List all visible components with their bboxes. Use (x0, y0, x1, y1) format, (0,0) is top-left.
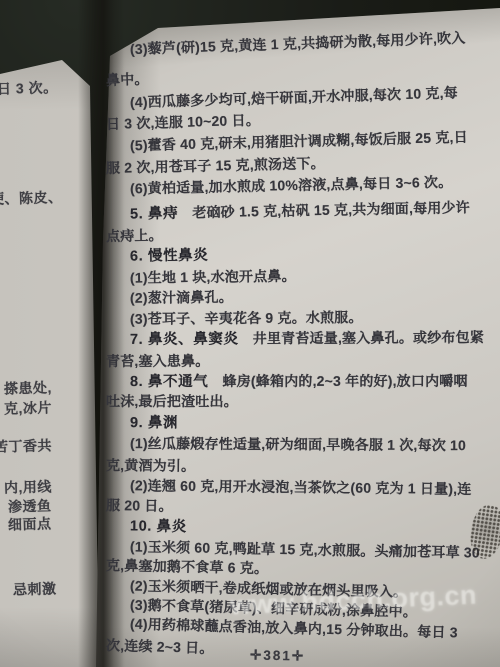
body-text: (2)葱汁滴鼻孔。 (130, 289, 233, 306)
left-page-text-fragment: 克,冰片 (4, 397, 52, 418)
body-text: 克,黄酒为引。 (106, 457, 195, 474)
heading-text: 9. 鼻渊 (130, 415, 178, 431)
left-page-text-fragment: 梗、陈皮、 (0, 187, 62, 209)
body-text: (3)苍耳子、辛夷花各 9 克。水煎服。 (130, 309, 363, 327)
body-text: 点痔上。 (106, 227, 163, 244)
left-page-text-fragment: 日 3 次。 (0, 77, 58, 99)
body-text: 克,鼻塞加鹅不食草 6 克。 (106, 557, 269, 576)
text-line: 10. 鼻炎 (106, 517, 187, 536)
text-line: (2)葱汁滴鼻孔。 (106, 289, 233, 307)
text-line: (3)苍耳子、辛夷花各 9 克。水煎服。 (106, 309, 363, 328)
heading-text: 5. 鼻痔 (130, 206, 178, 223)
text-line: 8. 鼻不通气 蜂房(蜂箱内的,2~3 年的好),放口内嚼咽 (106, 373, 468, 391)
book-photo: 日 3 次。梗、陈皮、搽患处,克,冰片苦丁香共内,用线渗透鱼细面点忌刺激 (3)… (0, 0, 500, 667)
body-text: 吐沫,最后把渣吐出。 (106, 393, 238, 409)
text-line: 克,黄酒为引。 (106, 457, 195, 475)
body-text: 服 20 日。 (106, 497, 173, 514)
text-line: 7. 鼻炎、鼻窦炎 井里青苔适量,塞入鼻孔。或纱布包紧 (106, 329, 484, 349)
body-text: 井里青苔适量,塞入鼻孔。或纱布包紧 (238, 329, 484, 346)
left-page-text-fragment: 忌刺激 (12, 578, 56, 599)
left-page-text-fragment: 搽患处, (4, 377, 52, 398)
text-line: 点痔上。 (106, 227, 163, 245)
left-page-text-fragment: 内,用线 (4, 476, 52, 497)
heading-text: 7. 鼻炎、鼻窦炎 (130, 331, 239, 348)
text-line: 6. 慢性鼻炎 (106, 247, 209, 266)
body-text: (1)生地 1 块,水泡开点鼻。 (130, 268, 296, 286)
text-line: 次,连续 2~3 日。 (106, 637, 214, 657)
heading-text: 8. 鼻不通气 (130, 374, 208, 390)
heading-text: 6. 慢性鼻炎 (130, 248, 209, 265)
left-page-text-fragment: 苦丁香共 (0, 435, 52, 457)
body-text: 日 3 次,连服 10~20 日。 (106, 112, 260, 132)
body-text: (1)丝瓜藤煅存性适量,研为细面,早晚各服 1 次,每次 10 (130, 435, 466, 453)
heading-text: 10. 鼻炎 (130, 518, 187, 535)
body-text: (2)连翘 60 克,用开水浸泡,当茶饮之(60 克为 1 日量),连 (130, 477, 472, 497)
text-line: 克,鼻塞加鹅不食草 6 克。 (106, 557, 269, 577)
text-line: (1)生地 1 块,水泡开点鼻。 (106, 268, 296, 287)
text-line: (1)丝瓜藤煅存性适量,研为细面,早晚各服 1 次,每次 10 (106, 435, 466, 454)
body-text: 鼻中。 (106, 71, 149, 88)
body-text: 蜂房(蜂箱内的,2~3 年的好),放口内嚼咽 (208, 373, 467, 389)
text-line: 9. 鼻渊 (106, 414, 178, 432)
text-line: 服 20 日。 (106, 497, 173, 515)
page-number: ✛381✛ (250, 647, 305, 664)
text-line: 吐沫,最后把渣吐出。 (106, 393, 238, 410)
body-text: 青苔,塞入患鼻。 (106, 353, 210, 369)
text-line: 鼻中。 (106, 71, 149, 89)
body-text: 次,连续 2~3 日。 (106, 637, 214, 656)
left-page-text-fragment: 细面点 (7, 513, 51, 534)
text-line: 青苔,塞入患鼻。 (106, 353, 210, 370)
